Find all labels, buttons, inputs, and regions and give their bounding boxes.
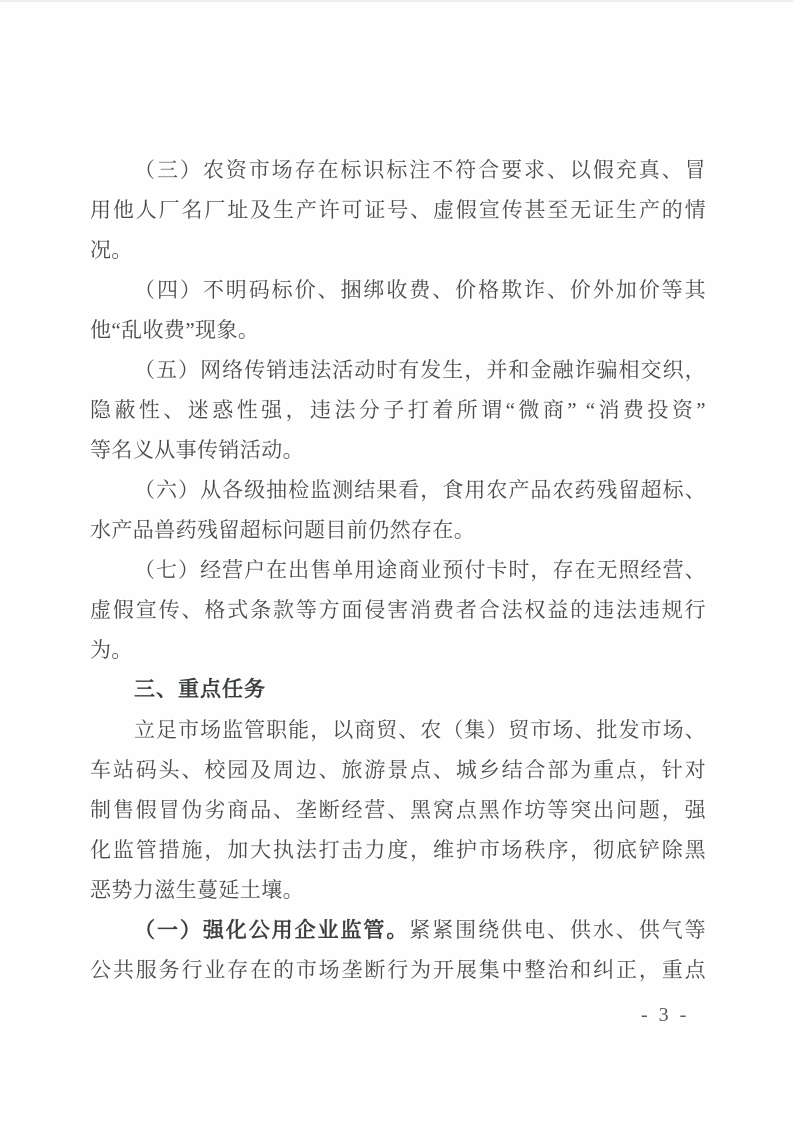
text-line: 况。	[90, 230, 706, 270]
text-line: 车站码头、校园及周边、旅游景点、城乡结合部为重点，针对	[90, 750, 706, 790]
document-page: （三）农资市场存在标识标注不符合要求、以假充真、冒 用他人厂名厂址及生产许可证号…	[0, 0, 793, 1123]
text-line: 立足市场监管职能，以商贸、农（集）贸市场、批发市场、	[90, 710, 706, 750]
text-line: 虚假宣传、格式条款等方面侵害消费者合法权益的违法违规行	[90, 590, 706, 630]
text-line: 隐蔽性、迷惑性强，违法分子打着所谓“微商” “消费投资”	[90, 390, 706, 430]
text-line: （六）从各级抽检监测结果看，食用农产品农药残留超标、	[90, 470, 706, 510]
text-line: 制售假冒伪劣商品、垄断经营、黑窝点黑作坊等突出问题，强	[90, 790, 706, 830]
text-line: 化监管措施，加大执法打击力度，维护市场秩序，彻底铲除黑	[90, 830, 706, 870]
text-line: （七）经营户在出售单用途商业预付卡时，存在无照经营、	[90, 550, 706, 590]
subsection-lead-bold: （一）强化公用企业监管。	[134, 918, 409, 942]
text-line: 水产品兽药残留超标问题目前仍然存在。	[90, 510, 706, 550]
text-line: 公共服务行业存在的市场垄断行为开展集中整治和纠正，重点	[90, 950, 706, 990]
document-text-block: （三）农资市场存在标识标注不符合要求、以假充真、冒 用他人厂名厂址及生产许可证号…	[90, 150, 706, 990]
text-line-continuation: 紧紧围绕供电、供水、供气等	[409, 918, 706, 942]
text-line: （五）网络传销违法活动时有发生，并和金融诈骗相交织，	[90, 350, 706, 390]
text-line: （四）不明码标价、捆绑收费、价格欺诈、价外加价等其	[90, 270, 706, 310]
text-line: 恶势力滋生蔓延土壤。	[90, 870, 706, 910]
page-number: - 3 -	[641, 1004, 689, 1027]
text-line: （一）强化公用企业监管。紧紧围绕供电、供水、供气等	[90, 910, 706, 950]
text-line: （三）农资市场存在标识标注不符合要求、以假充真、冒	[90, 150, 706, 190]
text-line: 他“乱收费”现象。	[90, 310, 706, 350]
text-line: 等名义从事传销活动。	[90, 430, 706, 470]
text-line: 用他人厂名厂址及生产许可证号、虚假宣传甚至无证生产的情	[90, 190, 706, 230]
section-heading-key-tasks: 三、重点任务	[90, 670, 706, 710]
text-line: 为。	[90, 630, 706, 670]
